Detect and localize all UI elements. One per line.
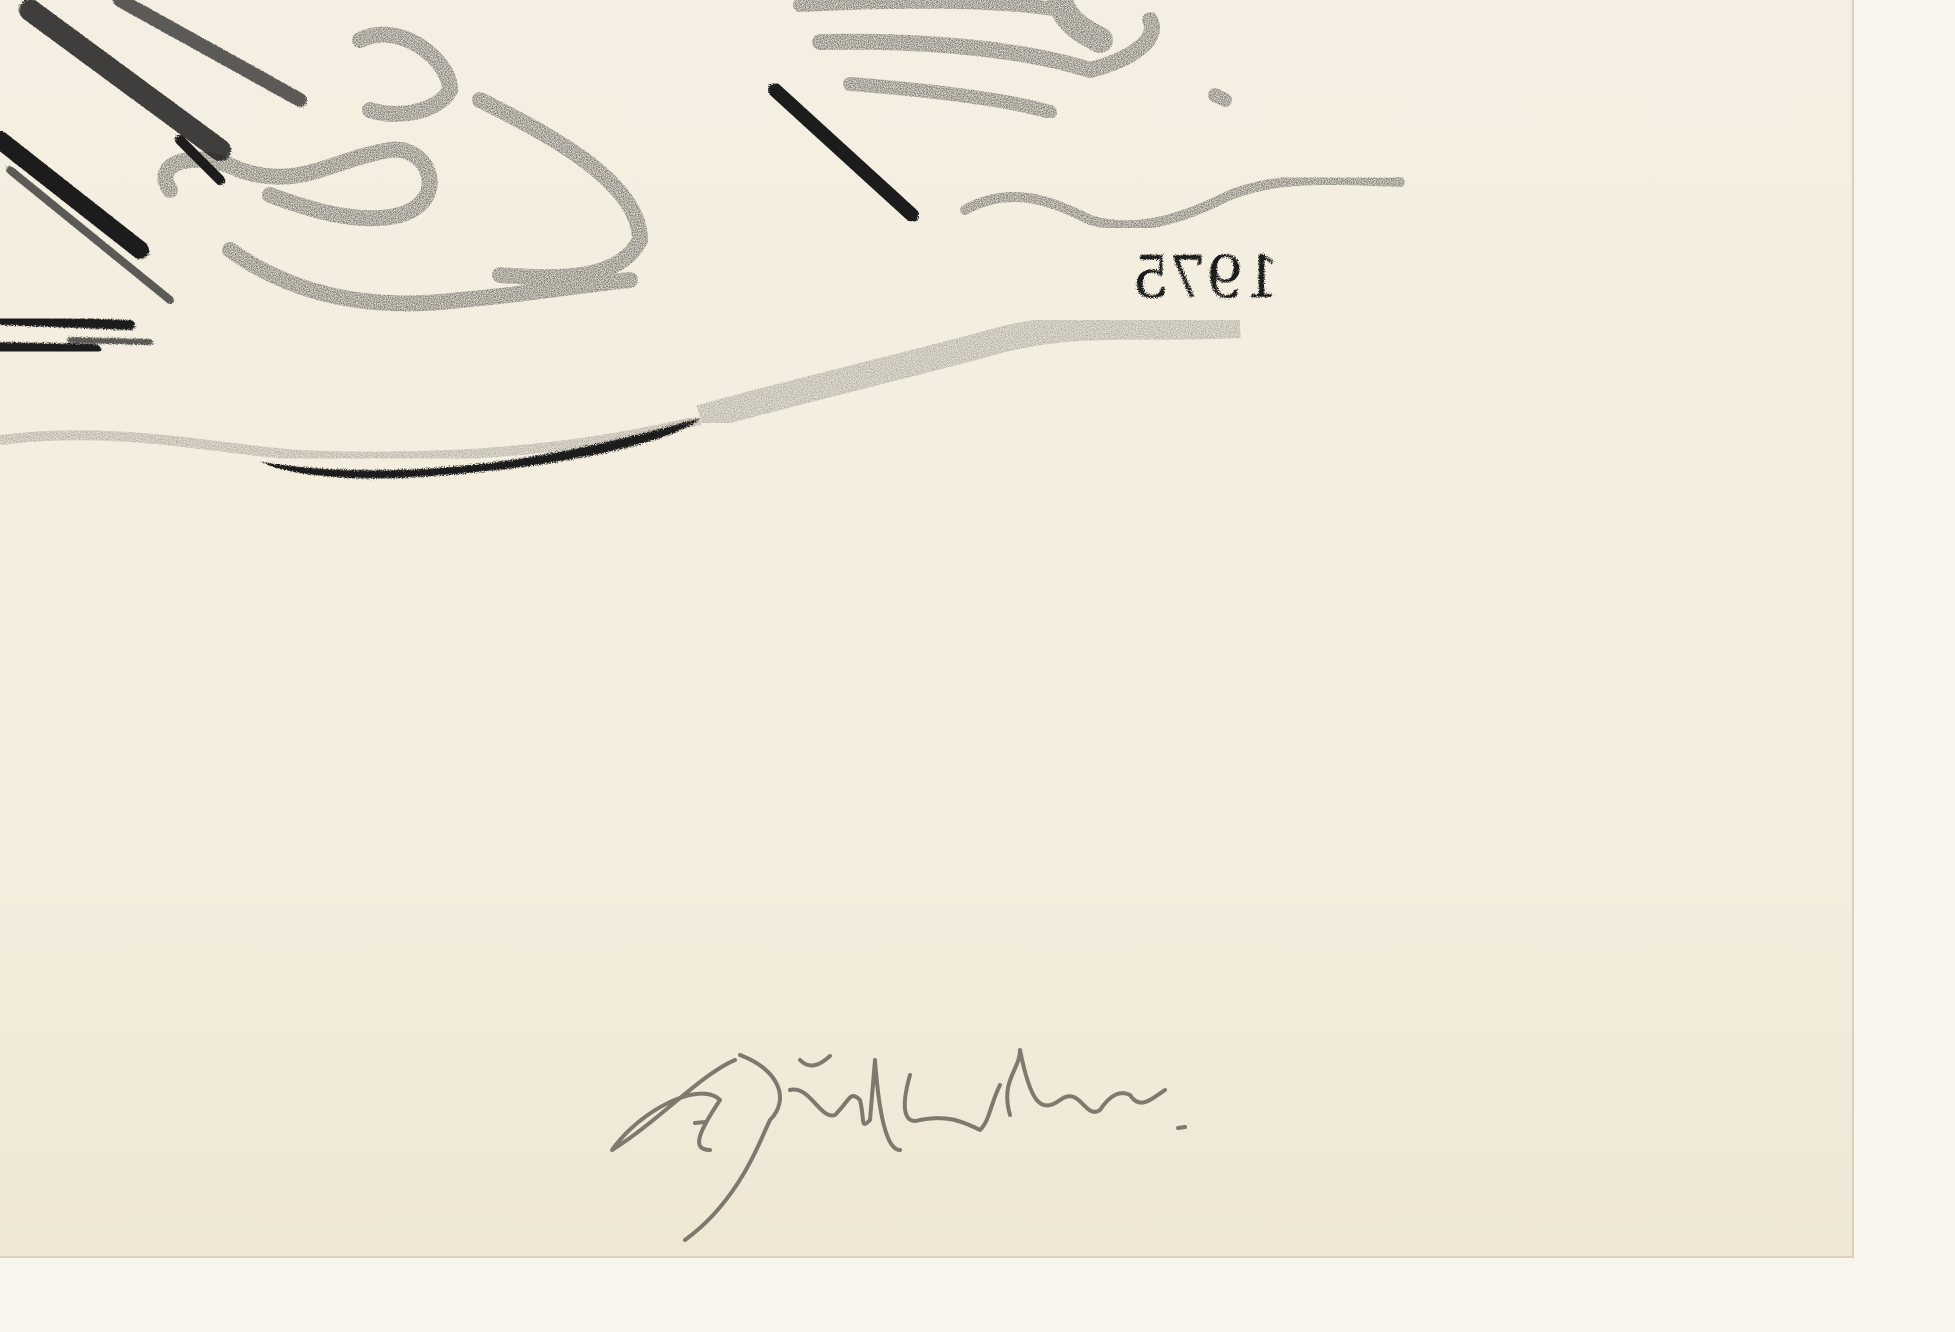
loop-strokes	[165, 35, 640, 304]
paper-margin-right	[1854, 0, 1955, 1332]
svg-text:1975: 1975	[1132, 243, 1280, 311]
signature-text: A. Paul Weber.	[610, 1030, 1313, 1142]
wavy-line	[965, 180, 1400, 225]
plate-inscription-mirrored: 1975	[1132, 243, 1280, 311]
middle-slash-stroke	[775, 90, 912, 215]
printed-plate-area: 1975 1975 A. Paul Webe	[0, 0, 1854, 1258]
diagonal-strokes	[0, 0, 300, 300]
paper-sheet: 1975 1975 A. Paul Webe	[0, 0, 1955, 1332]
bottom-brush-stroke	[0, 325, 1240, 478]
paper-margin-bottom	[0, 1258, 1955, 1332]
upper-middle-strokes	[800, 0, 1225, 112]
horizontal-streaks	[0, 320, 150, 350]
